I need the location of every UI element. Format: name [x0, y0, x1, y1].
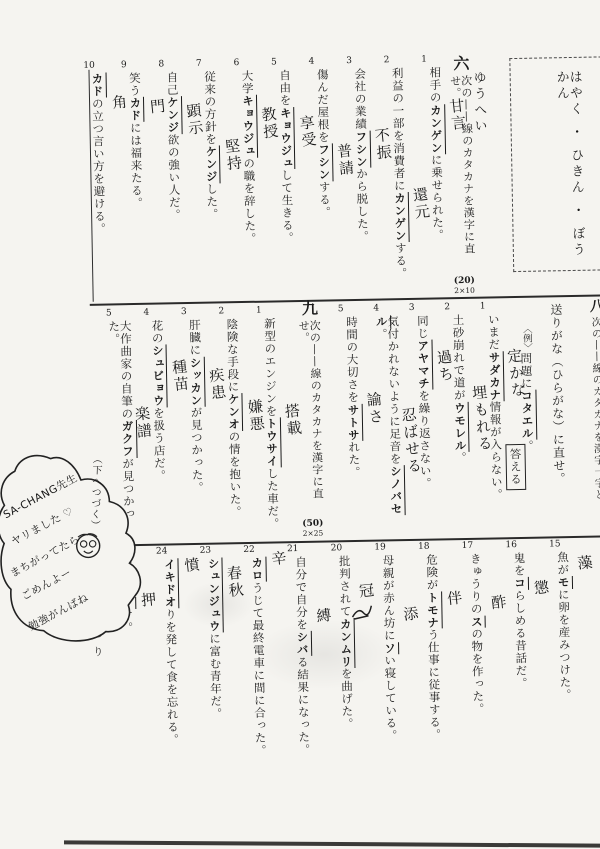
handwritten-answer: 押 — [139, 591, 156, 609]
question-pre-text: 新型のエンジンを — [263, 317, 279, 417]
question-pre-text: 時間の大切さを — [345, 316, 361, 404]
scanned-kanji-worksheet: { "page": { "paper_color": "#f5f4f0", "i… — [0, 0, 600, 849]
question-post-text: した。 — [205, 183, 220, 221]
question-pre-text: いまだ — [487, 313, 502, 351]
question-column: 8 自己ケンジ欲の強い人だ。 顕示 — [156, 60, 190, 299]
handwritten-answer: 憤 — [182, 556, 199, 574]
question-target-katakana: カド — [128, 97, 144, 122]
question-column: 2 利益の一部を消費者にカンゲンする。 還元 — [382, 56, 416, 295]
question-number: 20 — [331, 544, 343, 553]
handwritten-answer: 門 — [148, 98, 165, 116]
question-pre-text: 利益の一部を消費者に — [391, 67, 407, 192]
question-number: 16 — [505, 541, 517, 550]
handwritten-speech-bubble: SA-CHANG先生 ヤリました ♡ まちがってたら ごめんよー 勉強がんばね — [0, 443, 150, 658]
section-eight-label: 八 — [586, 298, 600, 312]
question-target-katakana: ケンジ — [204, 145, 221, 183]
question-text: 土砂崩れで道がウモレル。 — [452, 314, 466, 464]
question-pre-text: 従来の方針を — [203, 70, 218, 145]
question-post-text: の情を抱いた。 — [227, 431, 243, 519]
question-number: 24 — [156, 547, 168, 556]
handwritten-answer: 甘言 — [448, 97, 466, 132]
handwritten-answer: 還元 — [412, 186, 430, 221]
question-post-text: に卵を産みつけた。 — [557, 589, 573, 702]
question-text: 笑うカドには福来たる。 — [128, 72, 142, 210]
section-eight-header: 八 次の——線のカタカナを漢字一字と — [583, 298, 600, 528]
handwritten-answer: 角 — [110, 94, 127, 112]
question-pre-text: 陰険な手段に — [225, 318, 240, 393]
section-six-score: (20) — [454, 276, 475, 286]
question-pre-text: 自由を — [278, 69, 293, 107]
handwritten-answer: 搭載 — [283, 402, 301, 437]
question-target-katakana: カロ — [250, 557, 266, 582]
question-post-text: に乗せられた。 — [430, 154, 446, 242]
question-text: 肝臓にシッカンが見つかった。 — [188, 319, 203, 494]
handwritten-answer: 諭さ — [365, 391, 383, 426]
question-target-katakana: サダカナ — [487, 351, 504, 401]
question-text: イキドオりを発して食を忘れる。 — [163, 558, 178, 746]
question-post-text: 欲の強い人だ。 — [166, 134, 182, 222]
question-target-katakana: ス — [470, 615, 486, 628]
question-post-text: する。 — [394, 242, 409, 280]
question-pre-text: 土砂崩れで道が — [451, 314, 467, 402]
question-pre-text: 同じ — [416, 315, 430, 340]
question-post-text: の立つ言い方を避ける。 — [91, 98, 108, 236]
question-number: 4 — [143, 309, 149, 318]
handwritten-answer: 種苗 — [170, 358, 188, 393]
question-text: 危険がトモナう仕事に従事する。 — [425, 554, 440, 742]
handwritten-answer: 疾患 — [207, 367, 225, 402]
question-text: 大学キョウジュの職を辞した。 — [241, 70, 256, 245]
section-nine-score: (50) — [302, 519, 323, 529]
question-column: 16 鬼をコらしめる昔話だ。 懲 — [503, 541, 537, 784]
question-post-text: する。 — [318, 181, 333, 219]
question-column: 10 カドの立つ言い方を避ける。 角 — [81, 61, 115, 300]
handwritten-answer: 藻 — [576, 554, 593, 572]
section-nine-score-detail: 2×25 — [303, 529, 324, 538]
question-number: 22 — [243, 546, 255, 555]
question-target-katakana: イキドオ — [163, 558, 180, 608]
question-number: 4 — [309, 58, 315, 67]
section-six-questions: 1 相手のカンゲンに乗せられた。 甘言 2 利益の一部を消費者にカンゲンする。 … — [81, 55, 453, 300]
question-number: 7 — [196, 60, 202, 69]
handwritten-answer: 酢 — [489, 594, 506, 612]
question-pre-text: 傷んだ屋根を — [316, 68, 331, 143]
previous-answers-box: はやく ・ ひきん ・ ぼうかん — [509, 56, 600, 272]
question-column: 2 土砂崩れで道がウモレル。 埋もれる — [442, 303, 476, 532]
handwritten-answer: 添 — [402, 605, 419, 623]
question-number: 23 — [200, 547, 212, 556]
question-target-katakana: カンゲン — [429, 104, 446, 154]
question-target-katakana: フシン — [354, 130, 371, 168]
question-target-katakana: サトサ — [346, 403, 363, 441]
question-column: 7 従来の方針をケンジした。 堅持 — [194, 59, 228, 298]
question-number: 6 — [233, 59, 239, 68]
handwritten-answer: 春秋 — [226, 565, 244, 600]
question-pre-text: 肝臓に — [188, 319, 203, 357]
question-text: 花のシュビョウを扱う店だ。 — [151, 320, 165, 483]
example-column: 〈例〉問題にコタエル。 答える — [519, 311, 551, 529]
question-text: 鬼をコらしめる昔話だ。 — [513, 552, 527, 690]
question-text: 時間の大切さをサトサれた。 — [345, 316, 359, 479]
question-target-katakana: ウモレル — [453, 401, 470, 451]
question-post-text: う仕事に従事する。 — [426, 628, 442, 741]
question-text: 従来の方針をケンジした。 — [203, 71, 217, 221]
handwritten-answer: 普請 — [336, 142, 354, 177]
question-post-text: りを発して食を忘れる。 — [164, 608, 181, 746]
question-number: 3 — [181, 308, 187, 317]
question-number: 5 — [106, 309, 112, 318]
question-target-katakana: キョウジュ — [279, 107, 296, 170]
question-post-text: 。 — [375, 328, 389, 341]
handwritten-answer: 堅持 — [223, 137, 241, 172]
question-pre-text: 魚が — [556, 551, 570, 576]
handwritten-answer: 懲 — [532, 579, 549, 597]
question-column: 3 肝臓にシッカンが見つかった。 疾患 — [179, 308, 213, 539]
question-post-text: 。 — [454, 451, 468, 464]
continue-note: （下へつづく） — [88, 454, 101, 531]
question-target-katakana: キョウジュ — [241, 95, 258, 158]
question-pre-text: 花の — [150, 319, 164, 344]
question-text: 利益の一部を消費者にカンゲンする。 — [391, 67, 406, 280]
question-number: 3 — [409, 304, 415, 313]
question-pre-text: 大学 — [240, 70, 254, 95]
question-column: 17 きゅうりのスの物を作った。 酢 — [460, 542, 494, 785]
question-number: 9 — [121, 61, 127, 70]
question-text: 傷んだ屋根をフシンする。 — [316, 68, 330, 218]
question-post-text: して生きる。 — [280, 169, 295, 244]
question-number: 8 — [158, 60, 164, 69]
handwritten-answer: 不振 — [373, 127, 391, 162]
question-target-katakana: シッカン — [188, 356, 205, 406]
question-column: 15 魚がモに卵を産みつけた。 藻 — [547, 540, 581, 783]
question-number: 1 — [256, 307, 262, 316]
section-eight-questions: 1 いまだサダカナ情報が入らない。 定かな 2 土砂崩れで道がウモレル。 埋もれ… — [336, 302, 512, 533]
question-text: きゅうりのスの物を作った。 — [469, 553, 483, 716]
question-target-katakana: アヤマチ — [416, 340, 433, 390]
question-post-text: に富む青年だ。 — [208, 632, 224, 720]
question-target-katakana: トウサイ — [265, 417, 282, 467]
question-number: 17 — [462, 542, 474, 551]
question-column: 1 相手のカンゲンに乗せられた。 甘言 — [419, 55, 453, 294]
question-post-text: らしめる昔話だ。 — [513, 589, 529, 689]
handwritten-answer: 縛 — [314, 607, 331, 625]
previous-answer-line-1: はやく ・ ひきん ・ ぼうかん — [555, 70, 585, 270]
question-number: 21 — [287, 545, 299, 554]
handwritten-answer: 楽譜 — [133, 405, 151, 440]
question-post-text: した車だ。 — [266, 467, 281, 530]
question-pre-text: 危険が — [425, 553, 440, 591]
question-column: 5 自由をキョウジュして生きる。 享受 — [269, 58, 303, 297]
question-post-text: の物を作った。 — [470, 628, 486, 716]
question-number: 2 — [444, 303, 450, 312]
question-number: 15 — [549, 540, 561, 549]
handwritten-answer: 冠 — [358, 582, 375, 600]
question-target-katakana: コ — [513, 577, 529, 590]
question-pre-text: 笑う — [128, 72, 142, 97]
handwritten-answer: 嫌悪 — [246, 398, 264, 433]
question-column: 24 イキドオりを発して食を忘れる。 憤 — [154, 547, 188, 790]
question-target-katakana: ケンジ — [166, 96, 183, 134]
question-text: 自由をキョウジュして生きる。 — [278, 69, 293, 244]
question-text: 会社の業績フシンから脱した。 — [354, 68, 369, 243]
handwritten-answer: 辛 — [270, 550, 287, 568]
question-post-text: には福来たる。 — [129, 122, 145, 210]
handwritten-answer: 伴 — [445, 590, 462, 608]
section-eight-instruction-line1: 次の——線のカタカナを漢字一字と — [591, 316, 600, 500]
question-post-text: から脱した。 — [355, 168, 370, 243]
question-column: 2 陰険な手段にケンオの情を抱いた。 嫌悪 — [216, 307, 250, 538]
question-pre-text: 会社の業績 — [353, 68, 368, 131]
handwritten-answer: 享受 — [298, 114, 316, 149]
question-post-text: れた。 — [347, 441, 362, 479]
worksheet-content: はやく ・ ひきん ・ ぼうかん ゆうへい 六 次の——線のカタカナを漢字に直せ… — [0, 0, 600, 849]
question-post-text: の職を辞した。 — [242, 157, 258, 245]
section-six-score-detail: 2×10 — [454, 286, 475, 295]
section-nine-instruction: 次の——線のカタカナを漢字に直せ。 — [298, 320, 324, 516]
scribble-mark — [349, 603, 373, 623]
section-nine-label: 九 — [297, 300, 320, 316]
question-target-katakana: カド — [90, 72, 106, 97]
question-text: カドの立つ言い方を避ける。 — [91, 73, 105, 236]
question-target-katakana: モ — [556, 576, 572, 589]
section-six-label: 六 — [449, 55, 472, 71]
question-text: 自己ケンジ欲の強い人だ。 — [166, 71, 180, 221]
section-eight-instruction-line2: 送りがな（ひらがな）に直せ。 — [550, 303, 565, 485]
question-column: 5 時間の大切さをサトサれた。 諭さ — [336, 305, 370, 534]
question-number: 18 — [418, 543, 430, 552]
question-target-katakana: ケンオ — [227, 393, 244, 431]
question-column: 18 危険がトモナう仕事に従事する。 伴 — [416, 542, 450, 785]
question-column: 4 傷んだ屋根をフシンする。 普請 — [307, 57, 341, 296]
question-pre-text: 鬼を — [512, 552, 526, 577]
question-number: 2 — [384, 56, 390, 65]
question-target-katakana: フシン — [317, 143, 334, 181]
question-target-katakana: シュビョウ — [151, 344, 168, 407]
question-text: 陰険な手段にケンオの情を抱いた。 — [226, 318, 241, 518]
question-pre-text: 母親が赤ん坊に — [381, 554, 397, 642]
question-number: 1 — [480, 303, 486, 312]
question-text: 魚がモに卵を産みつけた。 — [556, 551, 570, 701]
question-number: 5 — [271, 58, 277, 67]
question-target-katakana: カンゲン — [393, 192, 410, 242]
question-column: 6 大学キョウジュの職を辞した。 教授 — [231, 59, 265, 298]
handwritten-answer: 教授 — [260, 105, 278, 140]
question-target-katakana: トモナ — [426, 591, 443, 629]
question-pre-text: きゅうりの — [469, 553, 484, 616]
handwritten-answer: 定かな — [505, 347, 525, 399]
question-number: 3 — [346, 57, 352, 66]
question-pre-text: 相手の — [428, 66, 443, 104]
question-number: 5 — [338, 305, 344, 314]
question-post-text: が見つかった。 — [189, 406, 205, 494]
question-number: 1 — [421, 56, 427, 65]
handwritten-answer: 顕示 — [185, 102, 203, 137]
question-number: 19 — [374, 543, 386, 552]
question-pre-text: 自己 — [165, 71, 179, 96]
handwritten-answer: 過ち — [435, 348, 453, 383]
question-number: 4 — [373, 305, 379, 314]
question-number: 2 — [218, 307, 224, 316]
question-post-text: を扱う店だ。 — [152, 407, 167, 482]
